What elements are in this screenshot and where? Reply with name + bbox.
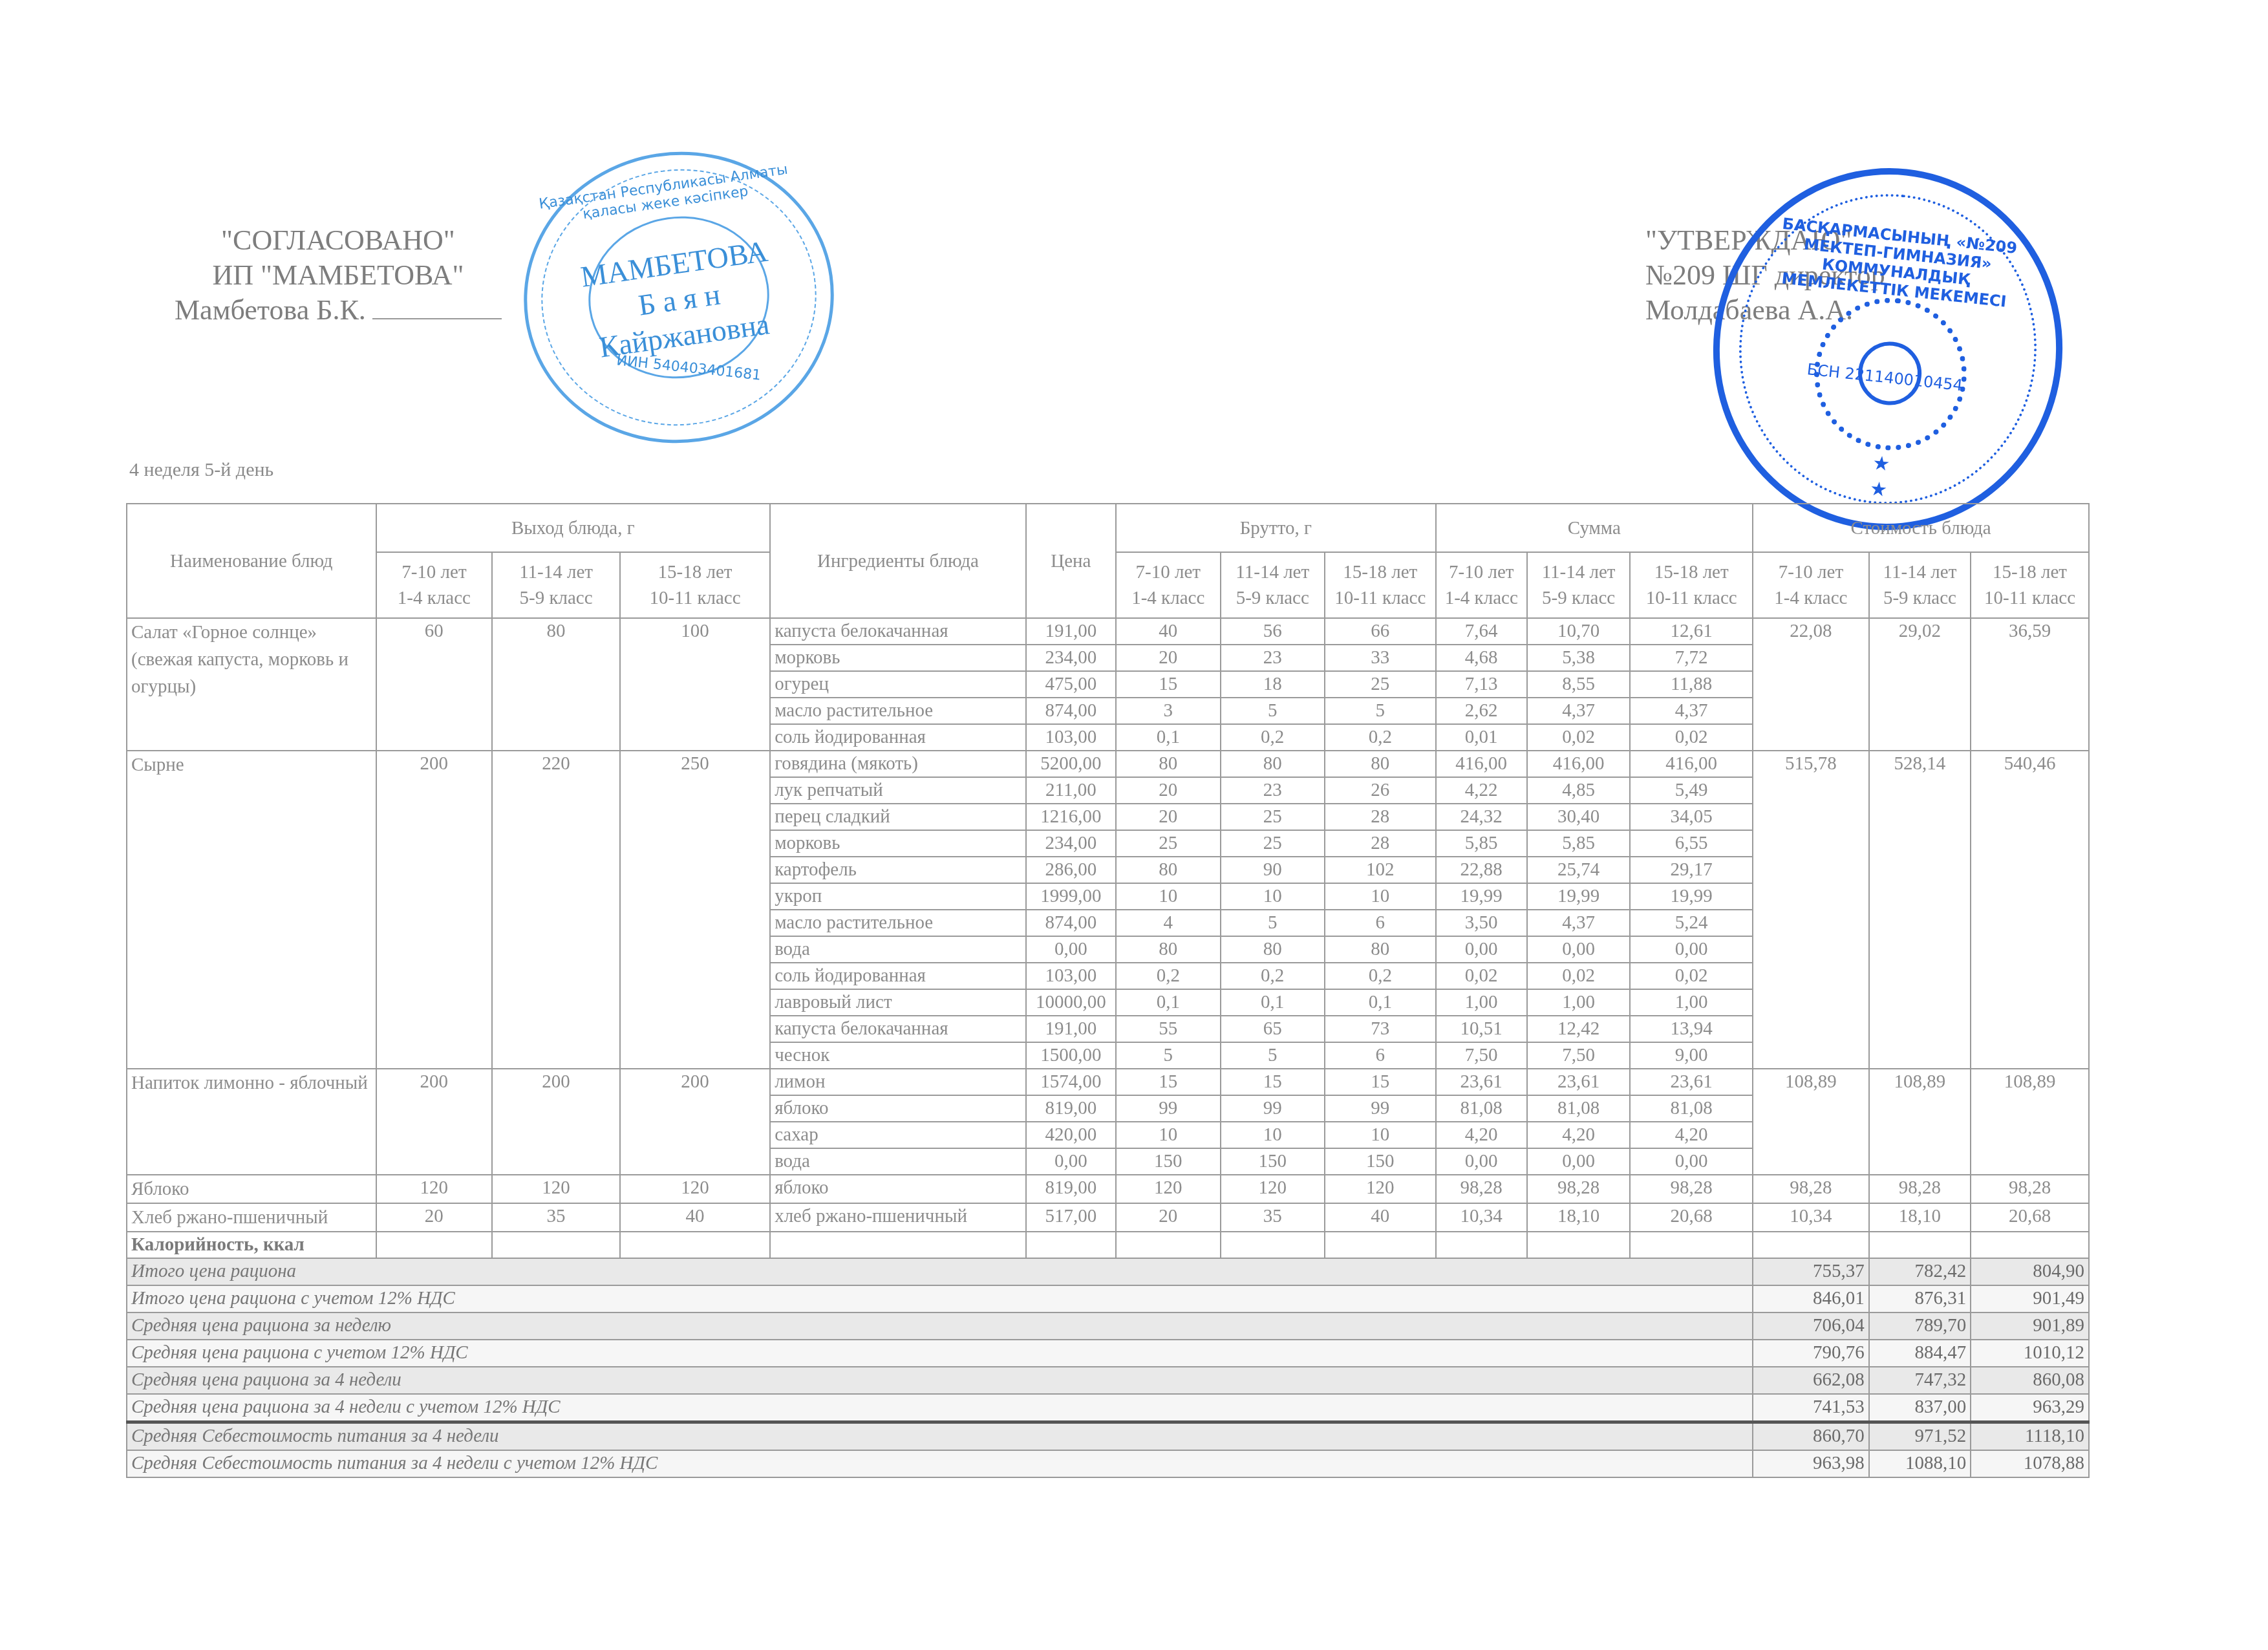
dish-cost: 36,59 <box>1971 618 2089 751</box>
ingredient-name: масло растительное <box>770 910 1026 936</box>
ingredient-gross: 80 <box>1116 751 1220 777</box>
ingredient-sum: 0,00 <box>1630 936 1753 963</box>
dish-yield: 200 <box>620 1069 770 1175</box>
ingredient-sum: 10,70 <box>1527 618 1630 645</box>
empty-cell <box>1325 1232 1436 1258</box>
ingredient-sum: 6,55 <box>1630 830 1753 857</box>
dish-name: Хлеб ржано-пшеничный <box>127 1203 376 1232</box>
empty-cell <box>770 1232 1026 1258</box>
ingredient-sum: 4,20 <box>1436 1122 1527 1148</box>
grade-range: 5-9 класс <box>497 585 615 611</box>
dish-cost: 18,10 <box>1869 1203 1971 1232</box>
ingredient-gross: 0,2 <box>1325 724 1436 751</box>
summary-row: Средняя цена рациона с учетом 12% НДС790… <box>127 1340 2089 1367</box>
ingredient-sum: 5,24 <box>1630 910 1753 936</box>
ingredient-price: 475,00 <box>1026 671 1116 698</box>
ingredient-sum: 34,05 <box>1630 804 1753 830</box>
ingredient-sum: 8,55 <box>1527 671 1630 698</box>
ingredient-sum: 0,02 <box>1630 963 1753 989</box>
ingredient-gross: 0,2 <box>1221 963 1325 989</box>
summary-value: 755,37 <box>1753 1258 1869 1285</box>
approval-left-org: ИП "МАМБЕТОВА" <box>175 258 502 293</box>
ingredient-price: 517,00 <box>1026 1203 1116 1232</box>
grade-range: 5-9 класс <box>1225 585 1320 611</box>
ingredient-price: 191,00 <box>1026 618 1116 645</box>
dish-cost: 29,02 <box>1869 618 1971 751</box>
summary-value: 1078,88 <box>1971 1450 2089 1477</box>
table-row: Яблоко120120120яблоко819,0012012012098,2… <box>127 1175 2089 1203</box>
dish-name: Салат «Горное солнце» (свежая капуста, м… <box>127 618 376 751</box>
ingredient-price: 191,00 <box>1026 1016 1116 1042</box>
dish-cost: 540,46 <box>1971 751 2089 1069</box>
ingredient-gross: 80 <box>1116 857 1220 883</box>
ingredient-gross: 20 <box>1116 777 1220 804</box>
stamp-ip-mambetova: Қазақстан Республикасы Алматы қаласы жек… <box>505 132 853 463</box>
ingredient-gross: 5 <box>1221 1042 1325 1069</box>
ingredient-price: 0,00 <box>1026 936 1116 963</box>
age-range: 11-14 лет <box>1874 559 1966 585</box>
age-range: 7-10 лет <box>1120 559 1215 585</box>
ingredient-gross: 40 <box>1325 1203 1436 1232</box>
header-age-group: 7-10 лет1-4 класс <box>376 552 493 618</box>
ingredient-gross: 90 <box>1221 857 1325 883</box>
ingredient-gross: 99 <box>1325 1095 1436 1122</box>
ingredient-gross: 80 <box>1116 936 1220 963</box>
grade-range: 5-9 класс <box>1532 585 1625 611</box>
summary-value: 804,90 <box>1971 1258 2089 1285</box>
ingredient-price: 819,00 <box>1026 1095 1116 1122</box>
ingredient-gross: 80 <box>1325 751 1436 777</box>
summary-value: 901,89 <box>1971 1312 2089 1340</box>
approval-block-left: "СОГЛАСОВАНО" ИП "МАМБЕТОВА" Мамбетова Б… <box>175 223 502 328</box>
ingredient-sum: 10,34 <box>1436 1203 1527 1232</box>
summary-value: 971,52 <box>1869 1422 1971 1451</box>
grade-range: 10-11 класс <box>1634 585 1748 611</box>
header-cost: Стоимость блюда <box>1753 504 2089 552</box>
table-row: Сырне200220250говядина (мякоть)5200,0080… <box>127 751 2089 777</box>
ingredient-sum: 0,02 <box>1527 724 1630 751</box>
star-icon: ★ <box>1868 477 1888 502</box>
empty-cell <box>620 1232 770 1258</box>
ingredient-name: морковь <box>770 645 1026 671</box>
ingredient-sum: 7,50 <box>1436 1042 1527 1069</box>
summary-value: 876,31 <box>1869 1285 1971 1312</box>
header-age-group: 7-10 лет1-4 класс <box>1116 552 1220 618</box>
ingredient-sum: 2,62 <box>1436 698 1527 724</box>
ingredient-sum: 0,00 <box>1527 936 1630 963</box>
ingredient-sum: 5,85 <box>1436 830 1527 857</box>
dish-name: Напиток лимонно - яблочный <box>127 1069 376 1175</box>
ingredient-gross: 0,1 <box>1116 724 1220 751</box>
summary-value: 837,00 <box>1869 1394 1971 1422</box>
dish-cost: 98,28 <box>1753 1175 1869 1203</box>
ingredient-sum: 23,61 <box>1436 1069 1527 1095</box>
ingredient-gross: 28 <box>1325 804 1436 830</box>
ingredient-sum: 98,28 <box>1436 1175 1527 1203</box>
ingredient-gross: 66 <box>1325 618 1436 645</box>
ingredient-gross: 0,2 <box>1221 724 1325 751</box>
ingredient-name: вода <box>770 936 1026 963</box>
ingredient-gross: 5 <box>1221 698 1325 724</box>
summary-value: 901,49 <box>1971 1285 2089 1312</box>
ingredient-sum: 1,00 <box>1436 989 1527 1016</box>
summary-value: 782,42 <box>1869 1258 1971 1285</box>
ingredient-gross: 20 <box>1116 804 1220 830</box>
signature-line <box>372 318 502 319</box>
ingredient-price: 10000,00 <box>1026 989 1116 1016</box>
ingredient-sum: 5,85 <box>1527 830 1630 857</box>
header-age-group: 11-14 лет5-9 класс <box>1221 552 1325 618</box>
ingredient-price: 234,00 <box>1026 645 1116 671</box>
ingredient-sum: 9,00 <box>1630 1042 1753 1069</box>
dish-cost: 20,68 <box>1971 1203 2089 1232</box>
dish-yield: 120 <box>376 1175 493 1203</box>
summary-value: 1118,10 <box>1971 1422 2089 1451</box>
ingredient-sum: 23,61 <box>1527 1069 1630 1095</box>
ingredient-sum: 7,64 <box>1436 618 1527 645</box>
ingredient-sum: 7,13 <box>1436 671 1527 698</box>
summary-value: 884,47 <box>1869 1340 1971 1367</box>
ingredient-name: соль йодированная <box>770 963 1026 989</box>
dish-name: Сырне <box>127 751 376 1069</box>
ingredient-sum: 5,49 <box>1630 777 1753 804</box>
age-range: 15-18 лет <box>1634 559 1748 585</box>
header-age-group: 15-18 лет10-11 класс <box>1325 552 1436 618</box>
ingredient-sum: 81,08 <box>1436 1095 1527 1122</box>
ingredient-name: картофель <box>770 857 1026 883</box>
header-age-group: 11-14 лет5-9 класс <box>1527 552 1630 618</box>
ingredient-name: яблоко <box>770 1095 1026 1122</box>
ingredient-sum: 20,68 <box>1630 1203 1753 1232</box>
summary-label: Средняя цена рациона за неделю <box>127 1312 1753 1340</box>
ingredient-gross: 120 <box>1221 1175 1325 1203</box>
ingredient-name: яблоко <box>770 1175 1026 1203</box>
menu-table: Наименование блюд Выход блюда, г Ингреди… <box>126 503 2090 1478</box>
ingredient-sum: 98,28 <box>1630 1175 1753 1203</box>
ingredient-sum: 416,00 <box>1630 751 1753 777</box>
summary-value: 846,01 <box>1753 1285 1869 1312</box>
ingredient-name: лук репчатый <box>770 777 1026 804</box>
ingredient-sum: 25,74 <box>1527 857 1630 883</box>
dish-yield: 35 <box>492 1203 620 1232</box>
grade-range: 1-4 класс <box>1757 585 1865 611</box>
ingredient-sum: 19,99 <box>1436 883 1527 910</box>
ingredient-gross: 18 <box>1221 671 1325 698</box>
dish-cost: 515,78 <box>1753 751 1869 1069</box>
ingredient-gross: 25 <box>1116 830 1220 857</box>
header-age-group: 11-14 лет5-9 класс <box>1869 552 1971 618</box>
table-row: Напиток лимонно - яблочный200200200лимон… <box>127 1069 2089 1095</box>
table-header: Наименование блюд Выход блюда, г Ингреди… <box>127 504 2089 618</box>
summary-value: 860,08 <box>1971 1367 2089 1394</box>
ingredient-name: укроп <box>770 883 1026 910</box>
ingredient-gross: 20 <box>1116 1203 1220 1232</box>
ingredient-gross: 150 <box>1221 1148 1325 1175</box>
header-age-group: 15-18 лет10-11 класс <box>1630 552 1753 618</box>
calorie-label: Калорийность, ккал <box>127 1232 376 1258</box>
dish-cost: 98,28 <box>1971 1175 2089 1203</box>
ingredient-name: чеснок <box>770 1042 1026 1069</box>
header-sum: Сумма <box>1436 504 1753 552</box>
summary-row: Средняя Себестоимость питания за 4 недел… <box>127 1422 2089 1451</box>
dish-yield: 200 <box>492 1069 620 1175</box>
ingredient-sum: 24,32 <box>1436 804 1527 830</box>
dish-cost: 10,34 <box>1753 1203 1869 1232</box>
summary-value: 963,29 <box>1971 1394 2089 1422</box>
ingredient-sum: 13,94 <box>1630 1016 1753 1042</box>
empty-cell <box>1630 1232 1753 1258</box>
empty-cell <box>1753 1232 1869 1258</box>
ingredient-gross: 10 <box>1116 1122 1220 1148</box>
dish-yield: 60 <box>376 618 493 751</box>
ingredient-sum: 4,37 <box>1527 698 1630 724</box>
dish-yield: 80 <box>492 618 620 751</box>
ingredient-name: огурец <box>770 671 1026 698</box>
calorie-row: Калорийность, ккал <box>127 1232 2089 1258</box>
ingredient-price: 1216,00 <box>1026 804 1116 830</box>
ingredient-gross: 6 <box>1325 910 1436 936</box>
ingredient-sum: 98,28 <box>1527 1175 1630 1203</box>
grade-range: 1-4 класс <box>381 585 488 611</box>
ingredient-gross: 10 <box>1325 1122 1436 1148</box>
stamp-school-209: БАСҚАРМАСЫНЫҢ «№209 МЕКТЕП-ГИМНАЗИЯ» КОМ… <box>1695 151 2081 547</box>
empty-cell <box>1026 1232 1116 1258</box>
ingredient-gross: 99 <box>1221 1095 1325 1122</box>
ingredient-gross: 0,2 <box>1325 963 1436 989</box>
ingredient-gross: 25 <box>1325 671 1436 698</box>
summary-row: Средняя Себестоимость питания за 4 недел… <box>127 1450 2089 1477</box>
ingredient-name: капуста белокачанная <box>770 1016 1026 1042</box>
summary-value: 662,08 <box>1753 1367 1869 1394</box>
ingredient-sum: 4,85 <box>1527 777 1630 804</box>
summary-row: Средняя цена рациона за 4 недели с учето… <box>127 1394 2089 1422</box>
ingredient-gross: 65 <box>1221 1016 1325 1042</box>
header-age-group: 15-18 лет10-11 класс <box>620 552 770 618</box>
ingredient-sum: 0,00 <box>1436 936 1527 963</box>
ingredient-gross: 0,2 <box>1116 963 1220 989</box>
ingredient-sum: 10,51 <box>1436 1016 1527 1042</box>
ingredient-sum: 11,88 <box>1630 671 1753 698</box>
ingredient-sum: 3,50 <box>1436 910 1527 936</box>
grade-range: 1-4 класс <box>1120 585 1215 611</box>
ingredient-name: хлеб ржано-пшеничный <box>770 1203 1026 1232</box>
ingredient-price: 0,00 <box>1026 1148 1116 1175</box>
ingredient-gross: 55 <box>1116 1016 1220 1042</box>
empty-cell <box>1869 1232 1971 1258</box>
age-range: 11-14 лет <box>1532 559 1625 585</box>
empty-cell <box>1527 1232 1630 1258</box>
grade-range: 10-11 класс <box>1975 585 2084 611</box>
ingredient-name: перец сладкий <box>770 804 1026 830</box>
ingredient-sum: 4,68 <box>1436 645 1527 671</box>
summary-label: Средняя цена рациона с учетом 12% НДС <box>127 1340 1753 1367</box>
summary-row: Итого цена рациона с учетом 12% НДС846,0… <box>127 1285 2089 1312</box>
ingredient-gross: 99 <box>1116 1095 1220 1122</box>
ingredient-sum: 30,40 <box>1527 804 1630 830</box>
ingredient-name: соль йодированная <box>770 724 1026 751</box>
ingredient-price: 874,00 <box>1026 698 1116 724</box>
dish-name: Яблоко <box>127 1175 376 1203</box>
grade-range: 1-4 класс <box>1440 585 1523 611</box>
ingredient-sum: 0,01 <box>1436 724 1527 751</box>
approval-left-signer: Мамбетова Б.К. <box>175 293 502 328</box>
ingredient-sum: 5,38 <box>1527 645 1630 671</box>
ingredient-gross: 20 <box>1116 645 1220 671</box>
summary-value: 1010,12 <box>1971 1340 2089 1367</box>
summary-value: 1088,10 <box>1869 1450 1971 1477</box>
age-range: 15-18 лет <box>1975 559 2084 585</box>
ingredient-price: 211,00 <box>1026 777 1116 804</box>
ingredient-sum: 81,08 <box>1527 1095 1630 1122</box>
ingredient-price: 420,00 <box>1026 1122 1116 1148</box>
ingredient-gross: 5 <box>1221 910 1325 936</box>
empty-cell <box>1436 1232 1527 1258</box>
ingredient-gross: 15 <box>1116 671 1220 698</box>
ingredient-name: капуста белокачанная <box>770 618 1026 645</box>
empty-cell <box>1116 1232 1220 1258</box>
dish-cost: 108,89 <box>1869 1069 1971 1175</box>
dish-cost: 22,08 <box>1753 618 1869 751</box>
ingredient-sum: 1,00 <box>1630 989 1753 1016</box>
ingredient-sum: 0,02 <box>1436 963 1527 989</box>
ingredient-sum: 22,88 <box>1436 857 1527 883</box>
ingredient-gross: 80 <box>1221 936 1325 963</box>
ingredient-gross: 80 <box>1221 751 1325 777</box>
ingredient-gross: 10 <box>1116 883 1220 910</box>
dish-yield: 20 <box>376 1203 493 1232</box>
ingredient-sum: 0,00 <box>1527 1148 1630 1175</box>
ingredient-price: 234,00 <box>1026 830 1116 857</box>
header-gross: Брутто, г <box>1116 504 1436 552</box>
ingredient-gross: 150 <box>1116 1148 1220 1175</box>
summary-value: 790,76 <box>1753 1340 1869 1367</box>
ingredient-gross: 23 <box>1221 777 1325 804</box>
ingredient-gross: 3 <box>1116 698 1220 724</box>
ingredient-name: масло растительное <box>770 698 1026 724</box>
ingredient-gross: 35 <box>1221 1203 1325 1232</box>
ingredient-gross: 56 <box>1221 618 1325 645</box>
ingredient-gross: 10 <box>1221 883 1325 910</box>
approval-left-title: "СОГЛАСОВАНО" <box>175 223 502 258</box>
empty-cell <box>492 1232 620 1258</box>
ingredient-sum: 18,10 <box>1527 1203 1630 1232</box>
ingredient-price: 103,00 <box>1026 724 1116 751</box>
header-ingredients: Ингредиенты блюда <box>770 504 1026 618</box>
summary-value: 706,04 <box>1753 1312 1869 1340</box>
summary-value: 747,32 <box>1869 1367 1971 1394</box>
header-price: Цена <box>1026 504 1116 618</box>
header-age-group: 11-14 лет5-9 класс <box>492 552 620 618</box>
ingredient-sum: 29,17 <box>1630 857 1753 883</box>
header-age-group: 7-10 лет1-4 класс <box>1753 552 1869 618</box>
ingredient-sum: 4,20 <box>1630 1122 1753 1148</box>
ingredient-gross: 26 <box>1325 777 1436 804</box>
summary-label: Средняя Себестоимость питания за 4 недел… <box>127 1422 1753 1451</box>
emblem-core <box>1855 339 1925 409</box>
age-range: 7-10 лет <box>381 559 488 585</box>
age-range: 15-18 лет <box>625 559 765 585</box>
ingredient-sum: 12,42 <box>1527 1016 1630 1042</box>
dish-yield: 250 <box>620 751 770 1069</box>
ingredient-price: 1500,00 <box>1026 1042 1116 1069</box>
ingredient-gross: 0,1 <box>1325 989 1436 1016</box>
table-row: Салат «Горное солнце» (свежая капуста, м… <box>127 618 2089 645</box>
ingredient-gross: 120 <box>1116 1175 1220 1203</box>
age-range: 15-18 лет <box>1329 559 1431 585</box>
summary-row: Средняя цена рациона за неделю706,04789,… <box>127 1312 2089 1340</box>
ingredient-sum: 0,02 <box>1527 963 1630 989</box>
dish-yield: 40 <box>620 1203 770 1232</box>
ingredient-sum: 1,00 <box>1527 989 1630 1016</box>
ingredient-sum: 4,37 <box>1527 910 1630 936</box>
dish-cost: 98,28 <box>1869 1175 1971 1203</box>
age-range: 7-10 лет <box>1757 559 1865 585</box>
ingredient-gross: 102 <box>1325 857 1436 883</box>
ingredient-name: вода <box>770 1148 1026 1175</box>
age-range: 11-14 лет <box>1225 559 1320 585</box>
ingredient-gross: 6 <box>1325 1042 1436 1069</box>
header-age-group: 15-18 лет10-11 класс <box>1971 552 2089 618</box>
header-dish-name: Наименование блюд <box>127 504 376 618</box>
dish-yield: 200 <box>376 751 493 1069</box>
ingredient-gross: 5 <box>1325 698 1436 724</box>
ingredient-name: говядина (мякоть) <box>770 751 1026 777</box>
summary-value: 860,70 <box>1753 1422 1869 1451</box>
summary-label: Средняя цена рациона за 4 недели с учето… <box>127 1394 1753 1422</box>
day-label: 4 неделя 5-й день <box>129 459 273 481</box>
ingredient-name: лимон <box>770 1069 1026 1095</box>
table-body: Салат «Горное солнце» (свежая капуста, м… <box>127 618 2089 1477</box>
ingredient-sum: 7,50 <box>1527 1042 1630 1069</box>
ingredient-name: сахар <box>770 1122 1026 1148</box>
table-row: Хлеб ржано-пшеничный203540хлеб ржано-пше… <box>127 1203 2089 1232</box>
ingredient-gross: 0,1 <box>1116 989 1220 1016</box>
ingredient-gross: 15 <box>1116 1069 1220 1095</box>
ingredient-price: 103,00 <box>1026 963 1116 989</box>
summary-label: Средняя цена рациона за 4 недели <box>127 1367 1753 1394</box>
summary-row: Итого цена рациона755,37782,42804,90 <box>127 1258 2089 1285</box>
empty-cell <box>1221 1232 1325 1258</box>
ingredient-sum: 19,99 <box>1527 883 1630 910</box>
ingredient-gross: 25 <box>1221 830 1325 857</box>
ingredient-sum: 7,72 <box>1630 645 1753 671</box>
header-yield: Выход блюда, г <box>376 504 771 552</box>
ingredient-name: морковь <box>770 830 1026 857</box>
empty-cell <box>1971 1232 2089 1258</box>
ingredient-sum: 81,08 <box>1630 1095 1753 1122</box>
dish-yield: 120 <box>620 1175 770 1203</box>
ingredient-name: лавровый лист <box>770 989 1026 1016</box>
ingredient-price: 819,00 <box>1026 1175 1116 1203</box>
ingredient-gross: 15 <box>1325 1069 1436 1095</box>
summary-row: Средняя цена рациона за 4 недели662,0874… <box>127 1367 2089 1394</box>
grade-range: 5-9 класс <box>1874 585 1966 611</box>
summary-label: Итого цена рациона <box>127 1258 1753 1285</box>
ingredient-price: 874,00 <box>1026 910 1116 936</box>
dish-cost: 108,89 <box>1971 1069 2089 1175</box>
ingredient-sum: 12,61 <box>1630 618 1753 645</box>
ingredient-sum: 0,00 <box>1630 1148 1753 1175</box>
ingredient-sum: 0,02 <box>1630 724 1753 751</box>
ingredient-gross: 4 <box>1116 910 1220 936</box>
ingredient-gross: 33 <box>1325 645 1436 671</box>
age-range: 7-10 лет <box>1440 559 1523 585</box>
ingredient-price: 1999,00 <box>1026 883 1116 910</box>
ingredient-price: 5200,00 <box>1026 751 1116 777</box>
ingredient-gross: 120 <box>1325 1175 1436 1203</box>
ingredient-sum: 416,00 <box>1527 751 1630 777</box>
dish-yield: 100 <box>620 618 770 751</box>
